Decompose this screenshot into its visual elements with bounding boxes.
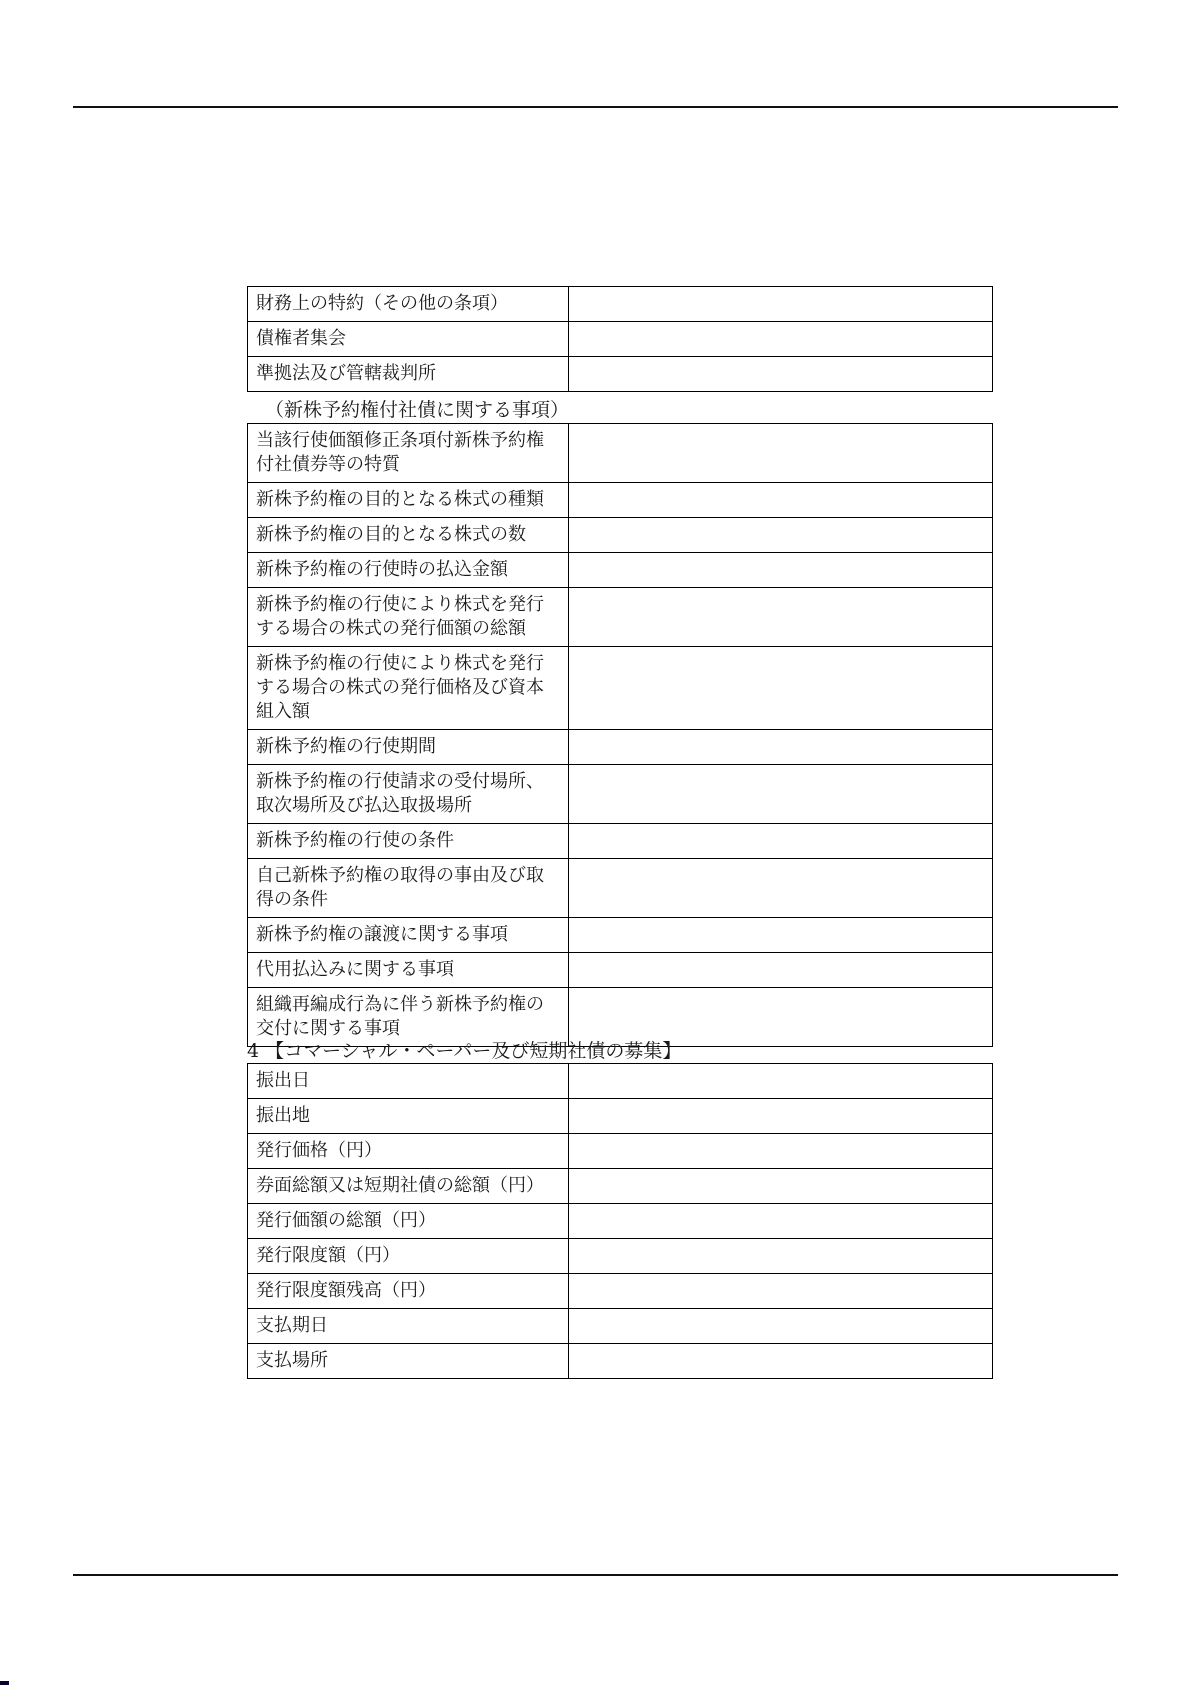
row-label: 新株予約権の行使の条件 [248,824,569,859]
row-label: 発行限度額（円） [248,1239,569,1274]
scan-artifact-mark [0,1681,9,1685]
page-top-rule [73,106,1118,108]
table-row: 自己新株予約権の取得の事由及び取得の条件 [248,859,993,918]
row-value [569,588,993,647]
row-label: 振出地 [248,1099,569,1134]
table-row: 新株予約権の行使時の払込金額 [248,553,993,588]
table-row: 債権者集会 [248,322,993,357]
table-row: 振出日 [248,1064,993,1099]
table-row: 新株予約権の譲渡に関する事項 [248,918,993,953]
commercial-paper-table: 振出日振出地発行価格（円）券面総額又は短期社債の総額（円）発行価額の総額（円）発… [247,1063,993,1379]
table-row: 新株予約権の行使により株式を発行する場合の株式の発行価格及び資本組入額 [248,647,993,730]
warrant-bond-matters-table: 当該行使価額修正条項付新株予約権付社債券等の特質新株予約権の目的となる株式の種類… [247,423,993,1047]
row-value [569,1204,993,1239]
row-value [569,1274,993,1309]
table-row: 財務上の特約（その他の条項） [248,287,993,322]
row-label: 振出日 [248,1064,569,1099]
table-row: 発行限度額残高（円） [248,1274,993,1309]
row-value [569,859,993,918]
row-label: 新株予約権の行使により株式を発行する場合の株式の発行価格及び資本組入額 [248,647,569,730]
corporate-bond-terms-table: 財務上の特約（その他の条項）債権者集会準拠法及び管轄裁判所 [247,286,993,392]
row-value [569,1134,993,1169]
row-value [569,1239,993,1274]
warrant-bond-note-heading: （新株予約権付社債に関する事項） [265,399,569,422]
table-row: 新株予約権の行使により株式を発行する場合の株式の発行価額の総額 [248,588,993,647]
document-page: 財務上の特約（その他の条項）債権者集会準拠法及び管轄裁判所 （新株予約権付社債に… [0,0,1192,1685]
table-row: 発行限度額（円） [248,1239,993,1274]
page-bottom-rule [73,1574,1118,1576]
row-label: 発行価額の総額（円） [248,1204,569,1239]
row-value [569,730,993,765]
table-row: 発行価額の総額（円） [248,1204,993,1239]
row-label: 新株予約権の譲渡に関する事項 [248,918,569,953]
row-value [569,553,993,588]
row-value [569,824,993,859]
table-row: 準拠法及び管轄裁判所 [248,357,993,392]
row-label: 新株予約権の行使期間 [248,730,569,765]
row-label: 組織再編成行為に伴う新株予約権の交付に関する事項 [248,988,569,1047]
table-row: 券面総額又は短期社債の総額（円） [248,1169,993,1204]
row-label: 自己新株予約権の取得の事由及び取得の条件 [248,859,569,918]
row-label: 準拠法及び管轄裁判所 [248,357,569,392]
table-row: 新株予約権の行使期間 [248,730,993,765]
table-row: 新株予約権の行使の条件 [248,824,993,859]
row-value [569,988,993,1047]
row-label: 支払期日 [248,1309,569,1344]
row-value [569,424,993,483]
row-label: 債権者集会 [248,322,569,357]
row-value [569,1099,993,1134]
table-row: 新株予約権の行使請求の受付場所、取次場所及び払込取扱場所 [248,765,993,824]
row-value [569,357,993,392]
row-label: 当該行使価額修正条項付新株予約権付社債券等の特質 [248,424,569,483]
table-row: 組織再編成行為に伴う新株予約権の交付に関する事項 [248,988,993,1047]
row-value [569,322,993,357]
row-label: 発行価格（円） [248,1134,569,1169]
row-label: 券面総額又は短期社債の総額（円） [248,1169,569,1204]
row-value [569,483,993,518]
row-value [569,647,993,730]
row-value [569,1344,993,1379]
row-label: 発行限度額残高（円） [248,1274,569,1309]
row-label: 新株予約権の目的となる株式の種類 [248,483,569,518]
row-value [569,765,993,824]
row-label: 財務上の特約（その他の条項） [248,287,569,322]
table-row: 支払場所 [248,1344,993,1379]
row-value [569,918,993,953]
row-value [569,1309,993,1344]
table-row: 新株予約権の目的となる株式の数 [248,518,993,553]
row-label: 支払場所 [248,1344,569,1379]
row-value [569,518,993,553]
table-row: 発行価格（円） [248,1134,993,1169]
row-label: 新株予約権の行使により株式を発行する場合の株式の発行価額の総額 [248,588,569,647]
cp-section-heading: 4 【コマーシャル・ペーパー及び短期社債の募集】 [247,1040,681,1063]
row-value [569,287,993,322]
table-row: 当該行使価額修正条項付新株予約権付社債券等の特質 [248,424,993,483]
table-row: 振出地 [248,1099,993,1134]
row-value [569,1169,993,1204]
row-label: 新株予約権の行使請求の受付場所、取次場所及び払込取扱場所 [248,765,569,824]
table-row: 代用払込みに関する事項 [248,953,993,988]
table-row: 新株予約権の目的となる株式の種類 [248,483,993,518]
row-label: 新株予約権の目的となる株式の数 [248,518,569,553]
table-row: 支払期日 [248,1309,993,1344]
row-label: 代用払込みに関する事項 [248,953,569,988]
row-value [569,1064,993,1099]
row-label: 新株予約権の行使時の払込金額 [248,553,569,588]
row-value [569,953,993,988]
